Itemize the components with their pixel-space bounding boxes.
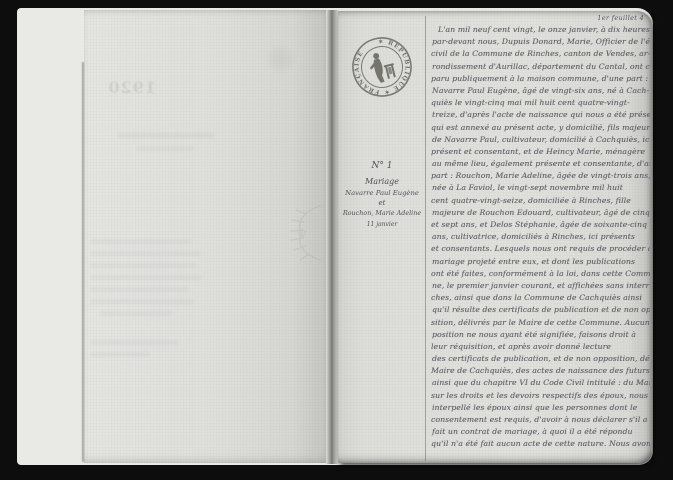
bride-name-note: Rouchon, Marie Adeline — [340, 209, 424, 217]
handwriting-line: présent et consentant, et de Heincy Mari… — [431, 146, 650, 158]
handwriting-line: Maire de Cachquiès, des actes de naissan… — [431, 365, 650, 377]
cover-edge-line — [82, 62, 84, 462]
handwriting-line: qu'il n'a été fait aucun acte de cette n… — [431, 438, 650, 450]
handwriting-line: fait un contrat de mariage, à quoi il a … — [431, 426, 650, 438]
date-note: 11 janvier — [340, 221, 424, 228]
bleedthrough-line — [90, 275, 201, 280]
bleedthrough-line — [90, 340, 178, 345]
handwriting-line: sur les droits et les devoirs respectifs… — [431, 390, 650, 402]
handwriting-line: majeure de Rouchon Edouard, cultivateur,… — [431, 207, 650, 219]
ghost-year-1920: 1920 — [110, 78, 156, 97]
handwritten-act-text: L'an mil neuf cent vingt, le onze janvie… — [431, 24, 650, 460]
handwriting-line: ans, cultivatrice, domiciliés à Rinches,… — [431, 231, 650, 243]
handwriting-line: des certificats de publication, et de no… — [431, 353, 650, 365]
handwriting-line: consentement est requis, d'avoir à nous … — [431, 414, 650, 426]
handwriting-line: civil de la Commune de Rinches, canton d… — [431, 48, 650, 60]
handwriting-line: part : Rouchon, Marie Adeline, âgée de v… — [431, 170, 650, 182]
handwriting-line: et sept ans, et Delos Stéphanie, âgée de… — [431, 219, 650, 231]
marianne-figure-icon — [367, 50, 398, 85]
bleedthrough-line — [90, 263, 196, 268]
left-page: 1920 — [84, 10, 326, 463]
handwriting-line: de Navarre Paul, cultivateur, domicilié … — [431, 134, 650, 146]
folio-corner-note: 1er feuillet 4 — [597, 14, 644, 22]
handwriting-line: mariage projeté entre eux, et dont les p… — [431, 256, 650, 268]
handwriting-line: position ne nous ayant été signifiée, fa… — [431, 329, 650, 341]
act-number: N° 1 — [340, 161, 424, 171]
handwriting-line: cent quatre-vingt-seize, domiciliée à Ri… — [431, 195, 650, 207]
handwriting-line: rondissement d'Aurillac, département du … — [431, 61, 650, 73]
bleedthrough-line — [90, 251, 200, 256]
floral-ornament-ghost — [282, 202, 324, 264]
handwriting-line: sition, délivrés par le Maire de cette C… — [431, 317, 650, 329]
bleedthrough-title-mark — [118, 132, 214, 139]
handwriting-line: ches, ainsi que dans la Commune de Cachq… — [431, 292, 650, 304]
scanned-register-photo: 1920 — [0, 0, 673, 480]
handwriting-line: ainsi que du chapitre VI du Code Civil i… — [431, 377, 650, 389]
handwriting-line: ont été faites, conformément à la loi, d… — [431, 268, 650, 280]
handwriting-line: L'an mil neuf cent vingt, le onze janvie… — [431, 24, 650, 36]
handwriting-line: au même lieu, également présente et cons… — [431, 158, 650, 170]
bleedthrough-line — [90, 352, 150, 357]
handwriting-line: interpellé les époux ainsi que les perso… — [431, 402, 650, 414]
handwriting-line: treize, d'après l'acte de naissance qui … — [431, 109, 650, 121]
margin-rule-line — [425, 16, 426, 461]
handwriting-line: ne, le premier janvier courant, et affic… — [431, 280, 650, 292]
handwriting-line: qu'il résulte des certificats de publica… — [431, 304, 650, 316]
handwriting-line: née à La Faviol, le vingt-sept novembre … — [431, 182, 650, 194]
bleedthrough-subtitle-mark — [136, 146, 194, 151]
handwriting-line: leur réquisition, et après avoir donné l… — [431, 341, 650, 353]
right-page: ✶ RÉPUBLIQUE ✶ FRANÇAISE 1er feuillet 4 … — [338, 11, 652, 463]
handwriting-line: Navarre Paul Eugène, âgé de vingt-six an… — [431, 85, 650, 97]
conjunction-note: et — [340, 199, 424, 207]
bleedthrough-line — [90, 287, 188, 292]
handwriting-line: quiès le vingt-cinq mai mil huit cent qu… — [431, 97, 650, 109]
seal-bleedthrough-mark — [264, 44, 298, 74]
margin-annotation: N° 1 Mariage Navarre Paul Eugène et Rouc… — [340, 161, 424, 228]
act-type-label: Mariage — [340, 177, 424, 186]
bleedthrough-text-block — [90, 232, 206, 357]
bleedthrough-line — [100, 311, 172, 316]
bleedthrough-line — [90, 239, 192, 244]
republique-francaise-seal-stamp: ✶ RÉPUBLIQUE ✶ FRANÇAISE — [343, 28, 421, 106]
handwriting-line: paru publiquement à la maison commune, d… — [431, 73, 650, 85]
handwriting-line: par-devant nous, Dupuis Donard, Marie, O… — [431, 36, 650, 48]
handwriting-line: et consentants. Lesquels nous ont requis… — [431, 243, 650, 255]
bleedthrough-line — [90, 299, 194, 304]
groom-name-note: Navarre Paul Eugène — [340, 189, 424, 197]
handwriting-line: qui est annexé au présent acte, y domici… — [431, 122, 650, 134]
